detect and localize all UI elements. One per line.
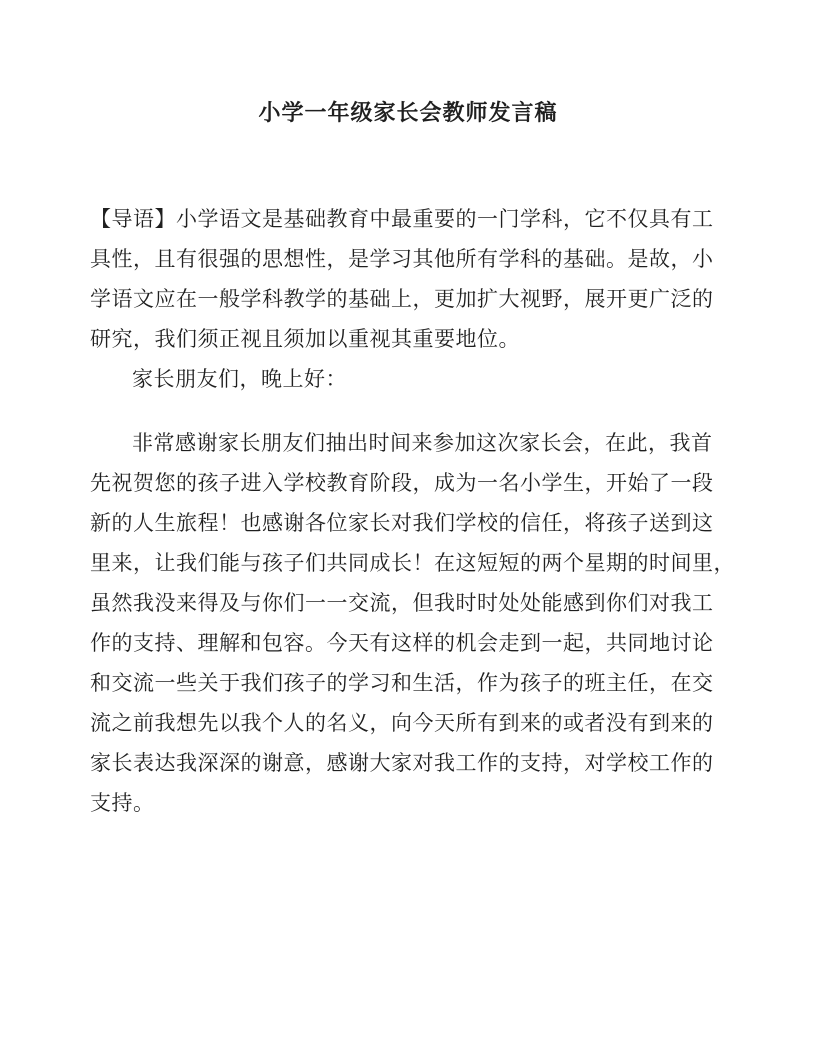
text-line: 学语文应在一般学科教学的基础上，更加扩大视野，展开更广泛的 [90,279,728,319]
text-line: 非常感谢家长朋友们抽出时间来参加这次家长会，在此，我首 [90,423,728,463]
paragraph-intro: 【导语】小学语文是基础教育中最重要的一门学科，它不仅具有工 具性，且有很强的思想… [90,199,728,359]
text-line: 和交流一些关于我们孩子的学习和生活，作为孩子的班主任，在交 [90,663,728,703]
text-line: 虽然我没来得及与你们一一交流，但我时时处处能感到你们对我工 [90,583,728,623]
text-line: 里来，让我们能与孩子们共同成长！在这短短的两个星期的时间里， [90,543,728,583]
text-line: 作的支持、理解和包容。今天有这样的机会走到一起，共同地讨论 [90,623,728,663]
text-line: 家长朋友们，晚上好： [90,359,728,399]
text-line: 【导语】小学语文是基础教育中最重要的一门学科，它不仅具有工 [90,199,728,239]
text-line: 支持。 [90,783,728,823]
page-title: 小学一年级家长会教师发言稿 [0,99,816,127]
document-page: 小学一年级家长会教师发言稿 【导语】小学语文是基础教育中最重要的一门学科，它不仅… [0,0,816,1056]
text-line: 具性，且有很强的思想性，是学习其他所有学科的基础。是故，小 [90,239,728,279]
text-line: 研究，我们须正视且须加以重视其重要地位。 [90,319,728,359]
text-line: 家长表达我深深的谢意，感谢大家对我工作的支持，对学校工作的 [90,743,728,783]
text-line: 先祝贺您的孩子进入学校教育阶段，成为一名小学生，开始了一段 [90,463,728,503]
text-line: 新的人生旅程！也感谢各位家长对我们学校的信任，将孩子送到这 [90,503,728,543]
paragraph-greeting: 家长朋友们，晚上好： [90,359,728,399]
paragraph-speech: 非常感谢家长朋友们抽出时间来参加这次家长会，在此，我首 先祝贺您的孩子进入学校教… [90,423,728,823]
document-body: 【导语】小学语文是基础教育中最重要的一门学科，它不仅具有工 具性，且有很强的思想… [90,199,728,823]
text-line: 流之前我想先以我个人的名义，向今天所有到来的或者没有到来的 [90,703,728,743]
